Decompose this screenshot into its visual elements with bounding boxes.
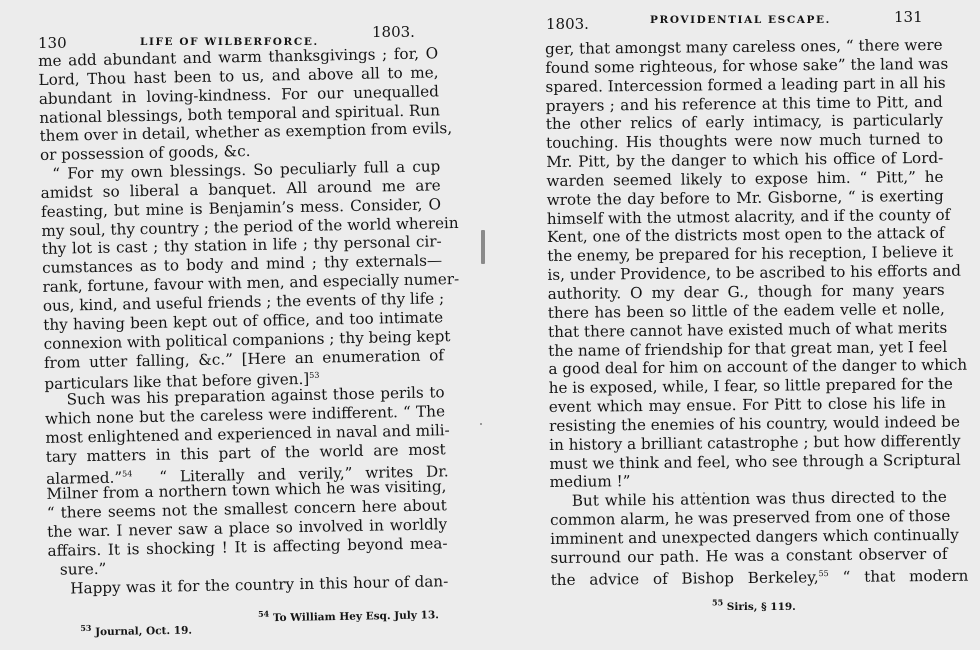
footnote: 53 Journal, Oct. 19. — [80, 621, 192, 638]
running-year: 1803. — [546, 15, 589, 33]
page-number: 131 — [894, 8, 923, 26]
left-page: 130 LIFE OF WILBERFORCE. 1803. me add ab… — [0, 0, 490, 650]
running-title: PROVIDENTIAL ESCAPE. — [650, 14, 831, 26]
page-number: 130 — [38, 34, 67, 52]
footnote-ref: 55 — [819, 569, 829, 578]
footnotes: 53 Journal, Oct. 19. 54 To William Hey E… — [80, 606, 440, 612]
footnote: 54 To William Hey Esq. July 13. — [258, 606, 439, 625]
running-year: 1803. — [372, 23, 415, 41]
right-page: 1803. PROVIDENTIAL ESCAPE. 131 ger, that… — [490, 0, 980, 650]
text-line: the advice of Bishop Berkeley,55 “ that … — [551, 563, 948, 586]
gutter-mark — [481, 230, 485, 264]
footnote: 55 Siris, § 119. — [712, 601, 796, 613]
footnotes: 55 Siris, § 119. — [712, 597, 796, 613]
book-spread: 130 LIFE OF WILBERFORCE. 1803. me add ab… — [0, 0, 980, 650]
body-text: me add abundant and warm thanksgivings ;… — [38, 44, 448, 598]
footnote-ref: 54 — [122, 469, 132, 478]
footnote-ref: 53 — [309, 371, 319, 380]
body-text: ger, that amongst many careless ones, “ … — [545, 36, 948, 587]
scan-speck — [480, 423, 482, 425]
